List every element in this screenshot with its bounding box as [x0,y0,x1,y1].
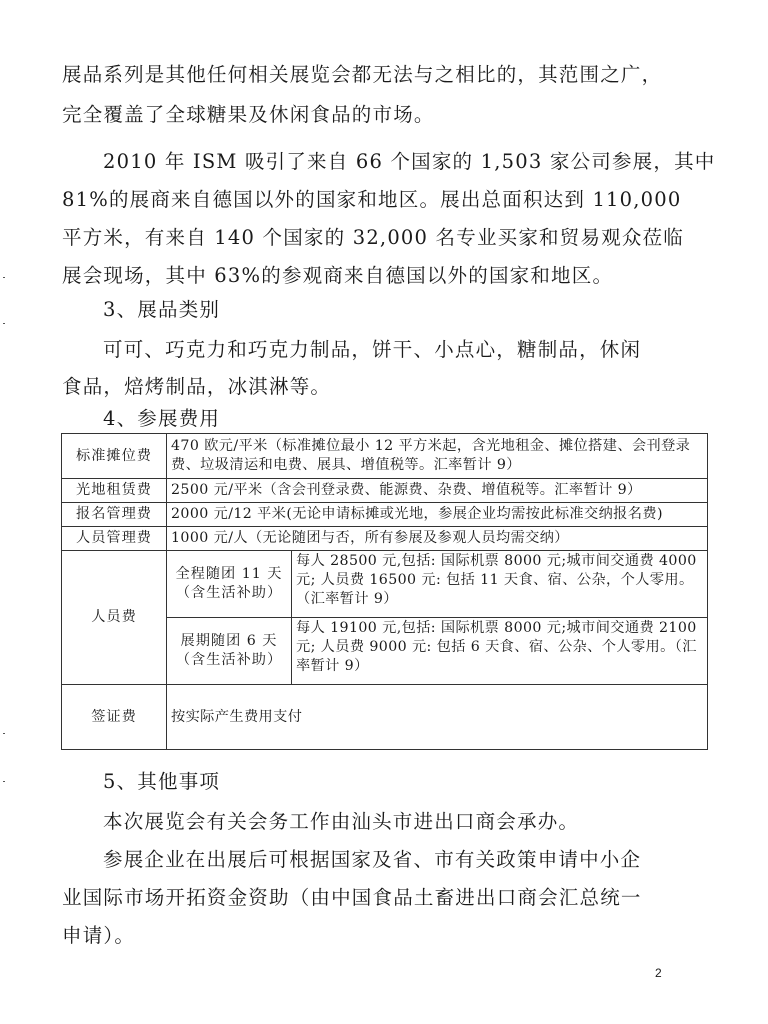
personnel-option-label: 展期随团 6 天 （含生活补助） [167,618,292,685]
section-3-heading: 3、展品类别 [103,298,220,322]
option-label-line-2: （含生活补助） [171,584,287,603]
table-row: 人员管理费 1000 元/人（无论随团与否，所有参展及参观人员均需交纳） [62,527,708,551]
fees-table: 标准摊位费 470 欧元/平米（标准摊位最小 12 平方米起，含光地租金、摊位搭… [61,433,708,750]
paragraph-intro-line-2: 完全覆盖了全球糖果及休闲食品的市场。 [62,103,435,127]
fee-label: 标准摊位费 [62,434,167,479]
fee-label: 光地租赁费 [62,479,167,503]
table-row-visa: 签证费 按实际产生费用支付 [62,685,708,750]
scan-speck [3,781,5,782]
table-row: 光地租赁费 2500 元/平米（含会刊登录费、能源费、杂费、增值税等。汇率暂计 … [62,479,708,503]
scan-speck [3,323,5,324]
fee-label: 人员管理费 [62,527,167,551]
section-3-line-1: 可可、巧克力和巧克力制品，饼干、小点心，糖制品，休闲 [103,338,641,362]
personnel-option-content: 每人 28500 元,包括: 国际机票 8000 元;城市间交通费 4000 元… [292,551,708,618]
section-5-line-2: 参展企业在出展后可根据国家及省、市有关政策申请中小企 [103,848,641,872]
option-label-line-1: 全程随团 11 天 [171,565,287,584]
fee-content: 1000 元/人（无论随团与否，所有参展及参观人员均需交纳） [167,527,708,551]
personnel-option-content: 每人 19100 元,包括: 国际机票 8000 元;城市间交通费 2100 元… [292,618,708,685]
scan-speck [3,733,5,734]
visa-fee-label: 签证费 [62,685,167,750]
section-3-line-2: 食品，焙烤制品，冰淇淋等。 [62,375,331,399]
fee-content: 2000 元/12 平米(无论申请标摊或光地，参展企业均需按此标准交纳报名费) [167,503,708,527]
visa-fee-content: 按实际产生费用支付 [167,685,708,750]
personnel-option-label: 全程随团 11 天 （含生活补助） [167,551,292,618]
paragraph-intro-line-1: 展品系列是其他任何相关展览会都无法与之相比的，其范围之广， [62,63,662,87]
fee-content: 470 欧元/平米（标准摊位最小 12 平方米起，含光地租金、摊位搭建、会刊登录… [167,434,708,479]
section-4-heading: 4、参展费用 [103,407,220,431]
option-label-line-2: （含生活补助） [171,651,287,670]
personnel-fee-label: 人员费 [62,551,167,685]
scan-speck [3,277,5,278]
fee-content: 2500 元/平米（含会刊登录费、能源费、杂费、增值税等。汇率暂计 9） [167,479,708,503]
section-5-heading: 5、其他事项 [103,770,220,794]
fee-label: 报名管理费 [62,503,167,527]
page-number: 2 [655,966,662,980]
table-row-personnel-full: 人员费 全程随团 11 天 （含生活补助） 每人 28500 元,包括: 国际机… [62,551,708,618]
section-5-line-3: 业国际市场开拓资金资助（由中国食品土畜进出口商会汇总统一 [62,886,642,910]
table-row: 标准摊位费 470 欧元/平米（标准摊位最小 12 平方米起，含光地租金、摊位搭… [62,434,708,479]
option-label-line-1: 展期随团 6 天 [171,632,287,651]
table-row: 报名管理费 2000 元/12 平米(无论申请标摊或光地，参展企业均需按此标准交… [62,503,708,527]
paragraph-stats-line-3: 平方米，有来自 140 个国家的 32,000 名专业买家和贸易观众莅临 [62,226,684,250]
paragraph-stats-line-2: 81%的展商来自德国以外的国家和地区。展出总面积达到 110,000 [62,188,681,212]
paragraph-stats-line-4: 展会现场，其中 63%的参观商来自德国以外的国家和地区。 [62,264,613,288]
paragraph-stats-line-1: 2010 年 ISM 吸引了来自 66 个国家的 1,503 家公司参展，其中 [103,150,715,174]
section-5-line-4: 申请）。 [62,924,135,948]
section-5-line-1: 本次展览会有关会务工作由汕头市进出口商会承办。 [103,810,579,834]
